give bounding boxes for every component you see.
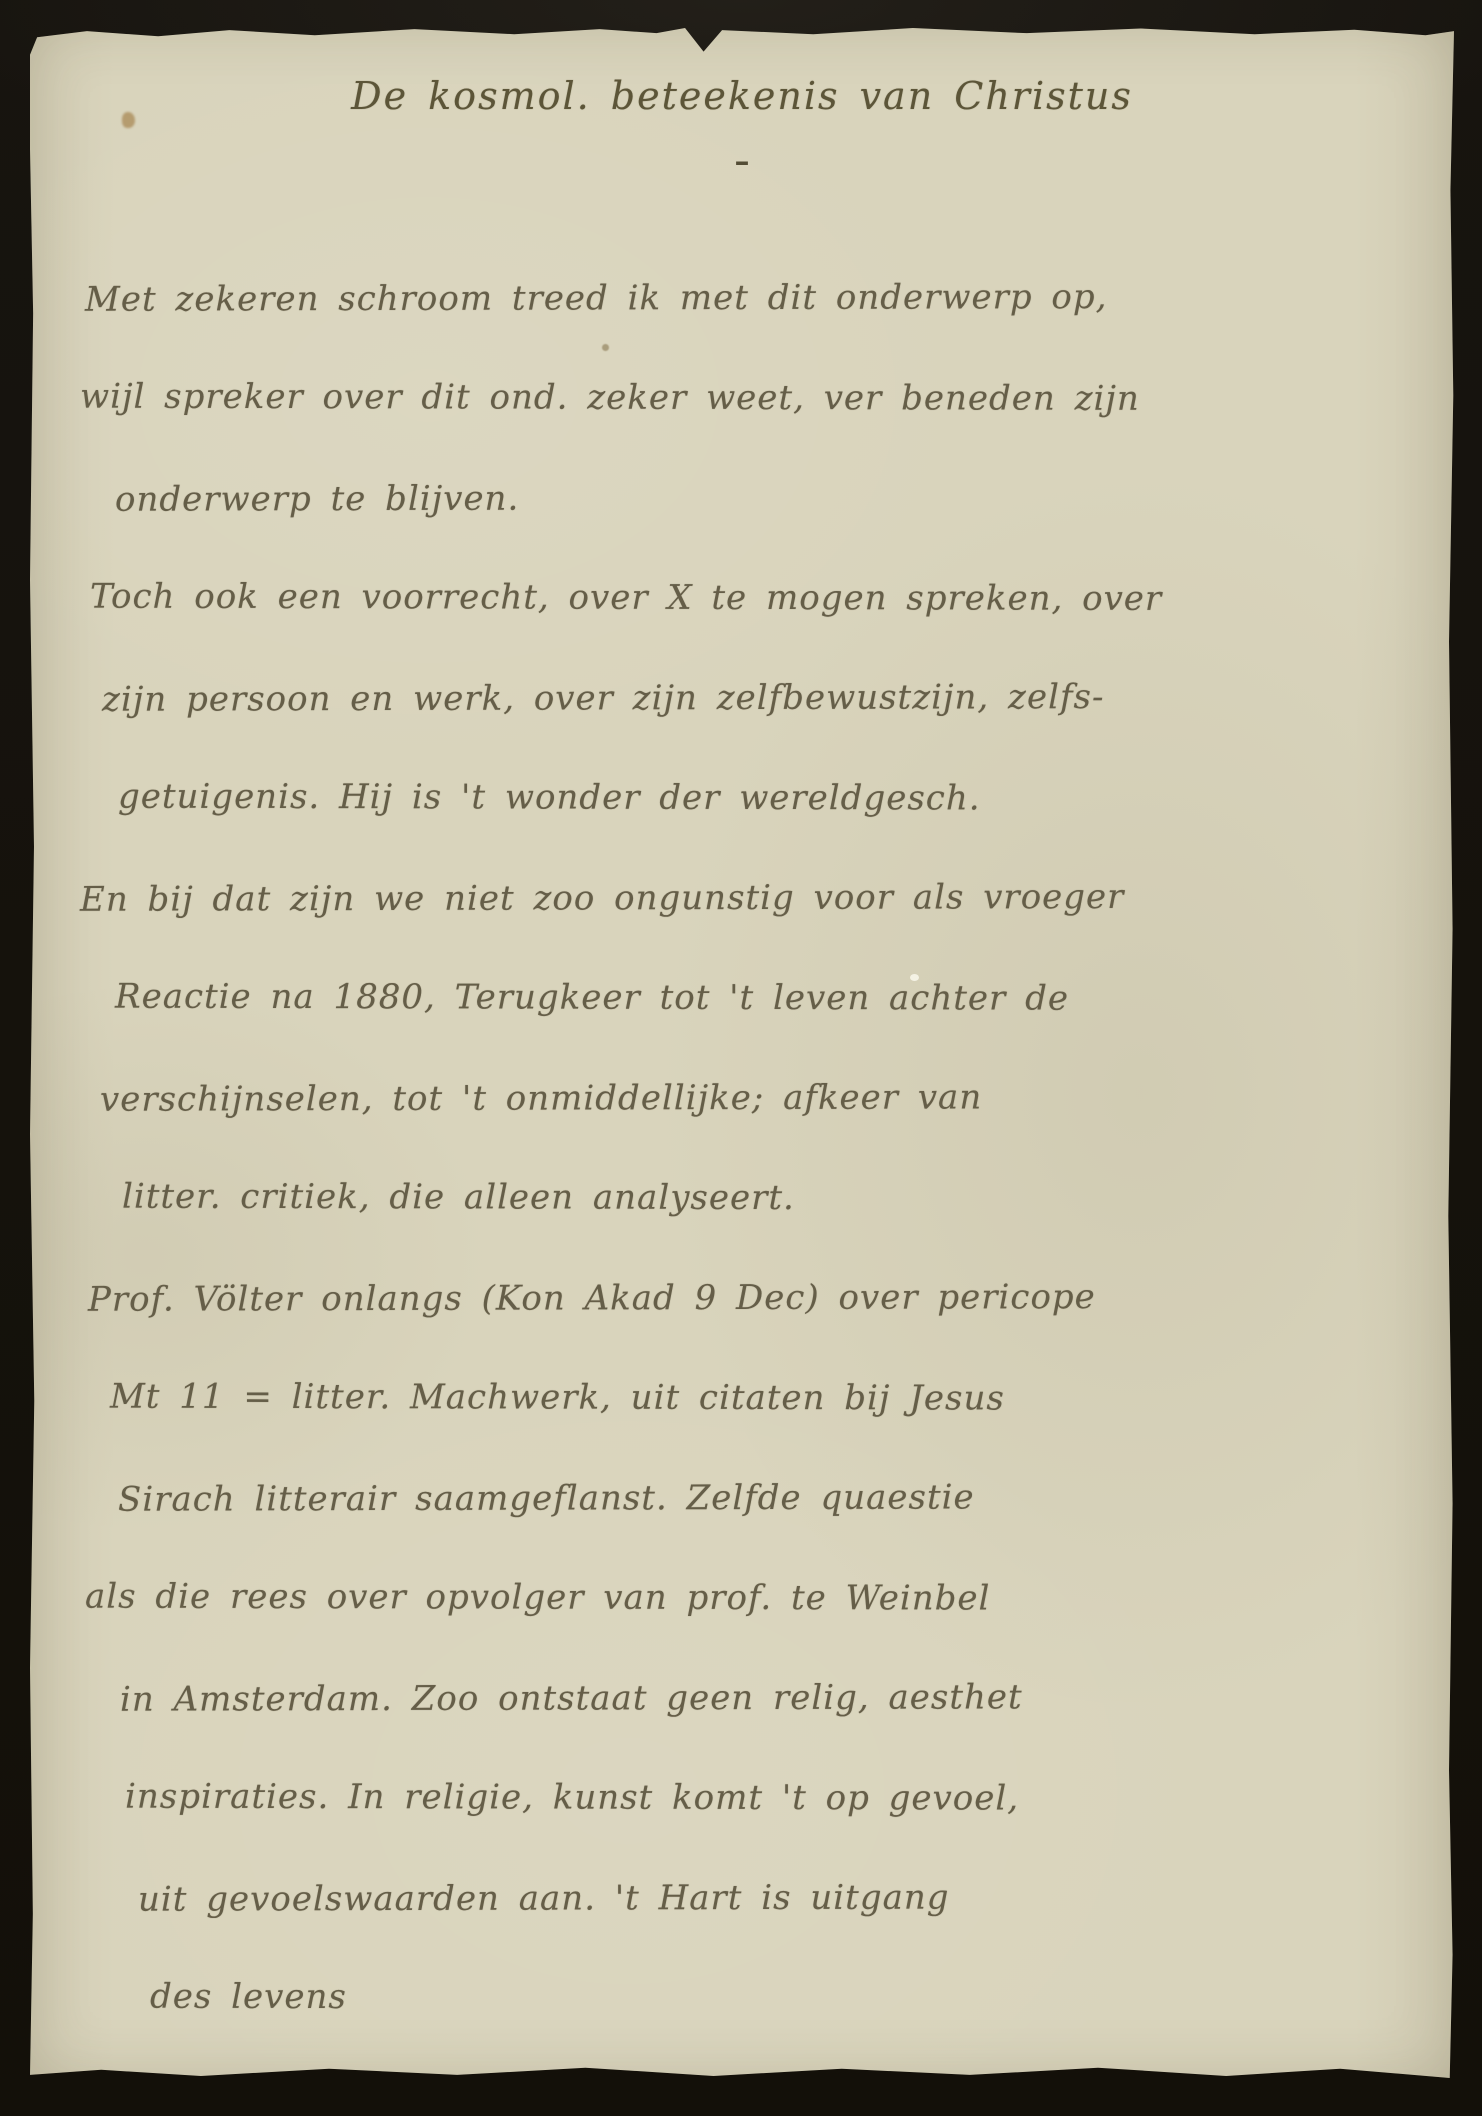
manuscript-body: Met zekeren schroom treed ik met dit ond… bbox=[80, 248, 1414, 2048]
title-dash: – bbox=[30, 144, 1454, 179]
manuscript-line: verschijnselen, tot 't onmiddellijke; af… bbox=[100, 1046, 1414, 1149]
manuscript-content: De kosmol. beteekenis van Christus – Met… bbox=[30, 26, 1454, 2078]
manuscript-line: Met zekeren schroom treed ik met dit ond… bbox=[85, 246, 1414, 349]
manuscript-line: onderwerp te blijven. bbox=[115, 446, 1414, 549]
manuscript-line: Reactie na 1880, Terugkeer tot 't leven … bbox=[115, 947, 1414, 1050]
manuscript-line: in Amsterdam. Zoo ontstaat geen relig, a… bbox=[120, 1646, 1414, 1749]
manuscript-line: als die rees over opvolger van prof. te … bbox=[85, 1547, 1414, 1650]
manuscript-line: Sirach litterair saamgeflanst. Zelfde qu… bbox=[118, 1446, 1414, 1549]
manuscript-line: getuigenis. Hij is 't wonder der wereldg… bbox=[118, 747, 1414, 850]
paper-sheet: De kosmol. beteekenis van Christus – Met… bbox=[30, 26, 1454, 2078]
manuscript-line: Mt 11 = litter. Machwerk, uit citaten bi… bbox=[110, 1347, 1414, 1450]
manuscript-line: des levens bbox=[150, 1947, 1414, 2050]
manuscript-line: litter. critiek, die alleen analyseert. bbox=[122, 1147, 1414, 1250]
manuscript-line: wijl spreker over dit ond. zeker weet, v… bbox=[80, 347, 1414, 450]
manuscript-line: uit gevoelswaarden aan. 't Hart is uitga… bbox=[138, 1846, 1414, 1949]
manuscript-line: inspiraties. In religie, kunst komt 't o… bbox=[125, 1747, 1414, 1850]
manuscript-line: Prof. Völter onlangs (Kon Akad 9 Dec) ov… bbox=[88, 1246, 1414, 1349]
page-title: De kosmol. beteekenis van Christus bbox=[30, 74, 1454, 118]
manuscript-line: En bij dat zijn we niet zoo ongunstig vo… bbox=[80, 846, 1414, 949]
scan-background: De kosmol. beteekenis van Christus – Met… bbox=[0, 0, 1482, 2116]
manuscript-line: Toch ook een voorrecht, over X te mogen … bbox=[90, 547, 1414, 650]
manuscript-line: zijn persoon en werk, over zijn zelfbewu… bbox=[102, 646, 1414, 749]
